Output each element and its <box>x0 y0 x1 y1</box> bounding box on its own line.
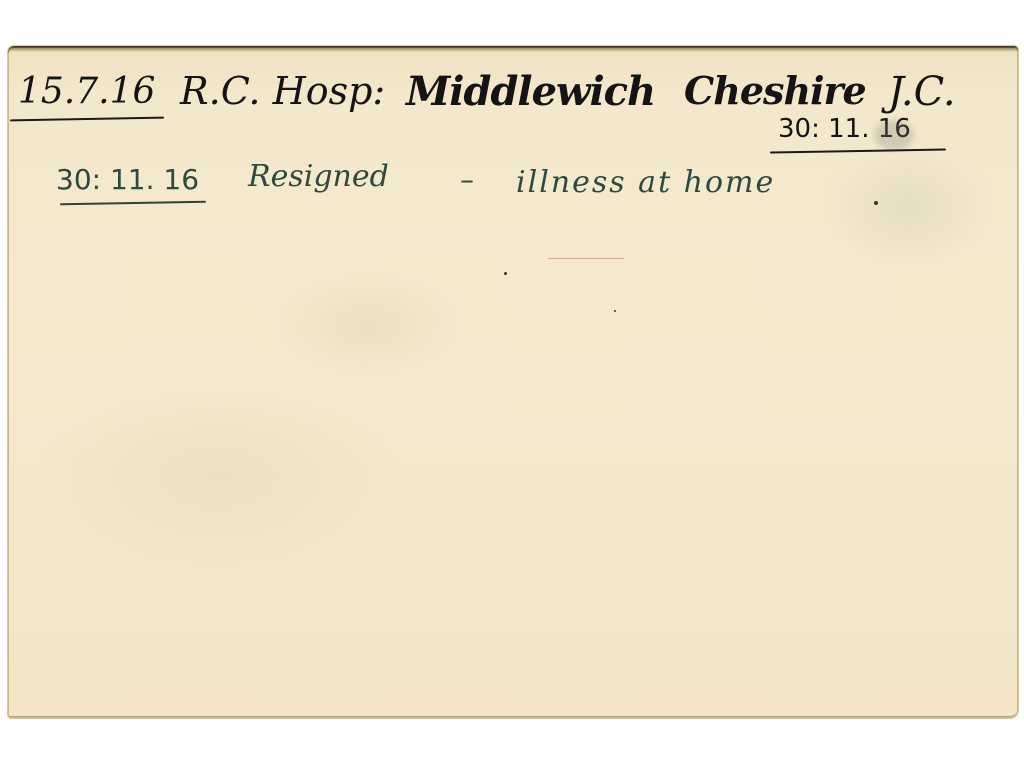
margin-note-underline <box>770 148 946 153</box>
end-period-mark <box>874 201 878 205</box>
scan-background: 15.7.16 R.C. Hosp: Middlewich Cheshire J… <box>0 0 1024 768</box>
faint-pink-mark <box>548 258 624 259</box>
paper-speck <box>614 310 616 312</box>
institution-text: R.C. Hosp: <box>180 72 385 110</box>
initials-text: J.C. <box>888 72 956 112</box>
date-underline-1 <box>10 117 164 122</box>
entry-date-1: 15.7.16 <box>18 74 155 110</box>
paper-speck <box>504 272 507 275</box>
place-text: Middlewich <box>406 72 655 112</box>
date-underline-2 <box>60 201 206 206</box>
county-text: Cheshire <box>684 72 866 110</box>
index-card: 15.7.16 R.C. Hosp: Middlewich Cheshire J… <box>8 46 1018 718</box>
entry-date-2: 30: 11. 16 <box>56 166 199 194</box>
dash-mark: – <box>460 166 474 194</box>
ink-smudge <box>874 120 914 150</box>
reason-text: illness at home <box>516 168 775 198</box>
resigned-text: Resigned <box>248 162 389 192</box>
